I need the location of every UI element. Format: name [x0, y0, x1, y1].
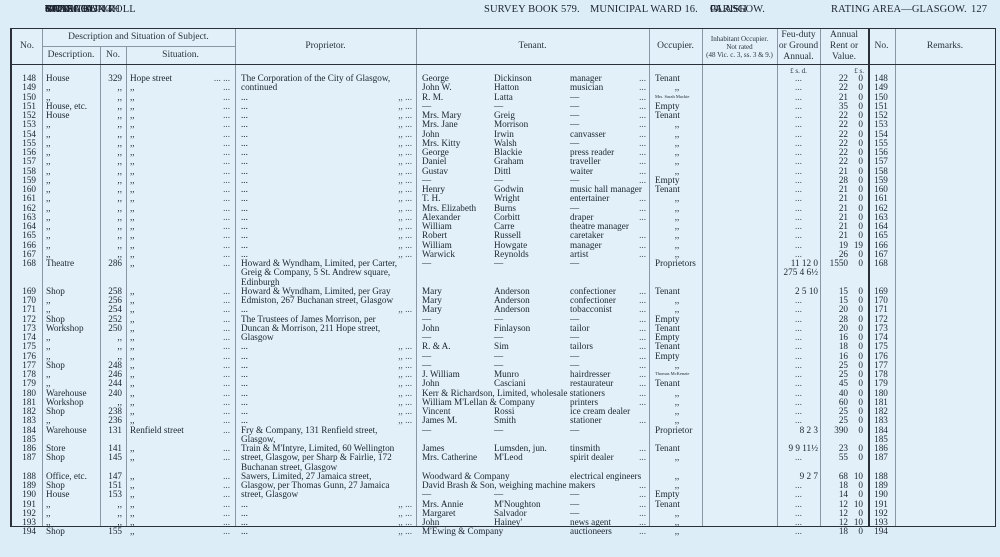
header-description: Description.: [42, 50, 100, 61]
tenant-dots: ...: [624, 526, 646, 536]
page-header: VALUATION ROLL FOR THE CITY AND ROYAL BU…: [0, 4, 1000, 20]
rating-area: RATING AREA—GLASGOW.: [831, 4, 967, 15]
description: Shop: [46, 526, 65, 536]
street-number: 155: [100, 526, 122, 536]
proprietor-ditto: ,, ...: [302, 526, 412, 536]
header-desc-group: Description and Situation of Subject.: [42, 32, 235, 43]
header-remarks: Remarks.: [895, 41, 995, 52]
situation: ,,: [130, 526, 135, 536]
situation-dots: ...: [172, 526, 230, 536]
header-subdivider: [42, 46, 235, 47]
row-number-right: 194: [870, 526, 892, 536]
header-occupier: Occupier.: [649, 41, 702, 52]
proprietor: ...: [241, 526, 248, 536]
feu-duty-dots: ...: [777, 526, 820, 536]
header-tenant: Tenant.: [416, 41, 649, 52]
header-situation: Situation.: [126, 50, 235, 61]
rent-shillings: 0: [848, 526, 863, 536]
tenant-full-name: M'Ewing & Company: [422, 526, 503, 536]
municipal-ward: MUNICIPAL WARD 16.: [590, 4, 698, 15]
survey-book: SURVEY BOOK 579.: [484, 4, 580, 15]
header-feu-duty: Feu-dutyor GroundAnnual.: [777, 30, 820, 63]
header-annual-rent: AnnualRent orValue.: [820, 30, 868, 63]
header-no-right: No.: [868, 41, 895, 52]
row-number: 194: [12, 526, 36, 536]
header-no: No.: [12, 41, 42, 52]
page-number: 127: [971, 4, 987, 15]
table-row: M'Ewing & Company194Shop155,,......,, ..…: [12, 526, 995, 536]
valuation-table: No. Description and Situation of Subject…: [10, 28, 996, 527]
occupier: ,,: [655, 526, 699, 536]
header-bottom-rule: [12, 64, 995, 65]
tenant-occupation: auctioneers: [570, 526, 612, 536]
header-proprietor: Proprietor.: [235, 41, 416, 52]
rent-pounds: 18: [820, 526, 848, 536]
header-number: No.: [100, 50, 126, 61]
header-inhabitant: Inhabitant Occupier.Not rated(48 Vic. c.…: [702, 35, 777, 59]
